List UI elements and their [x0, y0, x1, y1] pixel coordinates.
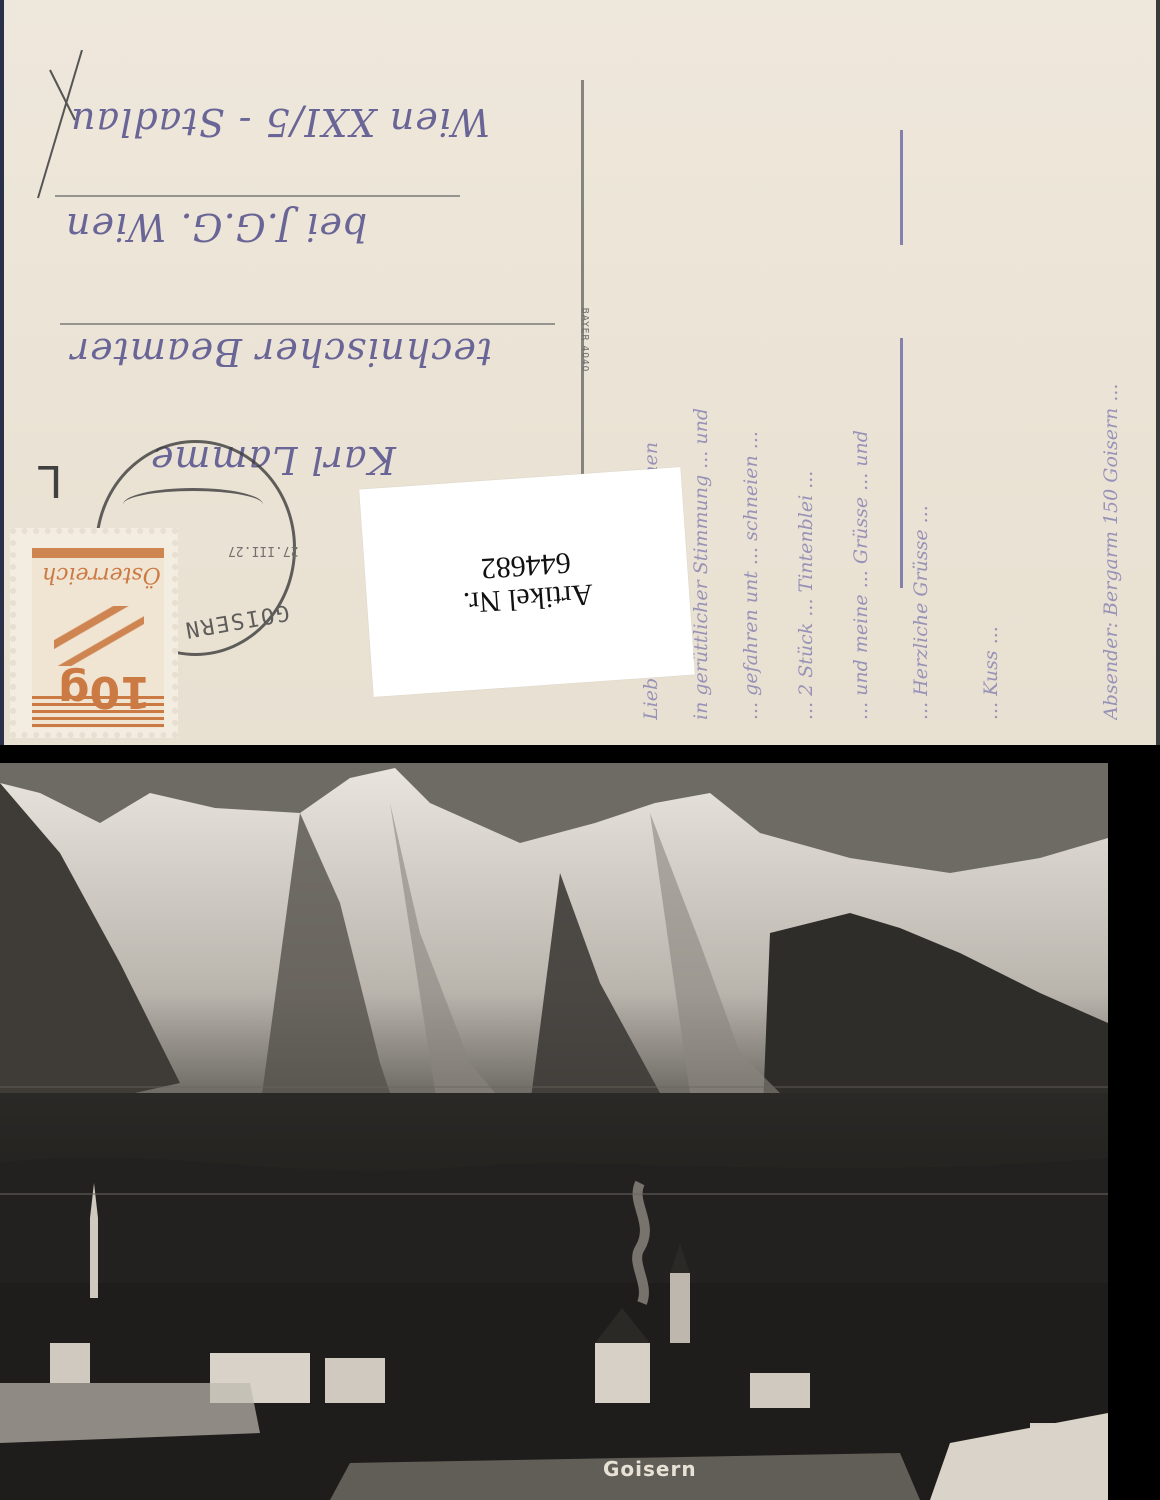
article-label: Artikel Nr. 644682 [359, 467, 695, 697]
message-line: ... und meine ... Grüsse ... und [850, 20, 874, 720]
message-line: ... gefahren unt ... schneien ... [740, 20, 764, 720]
message-line: ... 2 Stück ... Tintenblei ... [795, 20, 819, 720]
stamp-design: Österreich 10g [32, 548, 164, 728]
postcard-back: Wien XXI/5 - Stadlau bei J.G.G. Wien tec… [0, 0, 1160, 745]
message-underline [900, 338, 903, 588]
postmark-town: GOISERN [182, 599, 291, 642]
postmark-date: 27.III.27 [228, 543, 298, 558]
message-underline [900, 130, 903, 245]
message-line: ... Herzliche Grüsse ... [910, 20, 934, 720]
address-line-1: Wien XXI/5 - Stadlau [70, 100, 490, 144]
address-rule [55, 195, 460, 197]
corner-mark: L [38, 455, 63, 506]
postmark-inner-ring [123, 488, 263, 521]
photo-caption: Goisern [603, 1457, 697, 1481]
address-rule [60, 323, 555, 325]
postcard-front [0, 745, 1160, 1500]
stamp-bird-icon [54, 606, 144, 666]
publisher-imprint: BAYER 4040 [579, 308, 589, 373]
mountain-landscape-illustration [0, 763, 1108, 1500]
message-line: in gerüttlicher Stimmung ... und [690, 20, 714, 720]
stamp-country: Österreich [42, 562, 161, 587]
address-line-3: technischer Beamter [70, 330, 492, 374]
message-line: Absender: Bergarm 150 Goisern ... [1100, 20, 1124, 720]
stamp-stripes [32, 696, 164, 728]
address-line-2: bei J.G.G. Wien [65, 205, 367, 249]
article-number: 644682 [480, 546, 572, 585]
photo-goisern [0, 763, 1108, 1500]
postage-stamp: Österreich 10g [10, 528, 178, 738]
message-line: ... Kuss ... [980, 20, 1004, 720]
